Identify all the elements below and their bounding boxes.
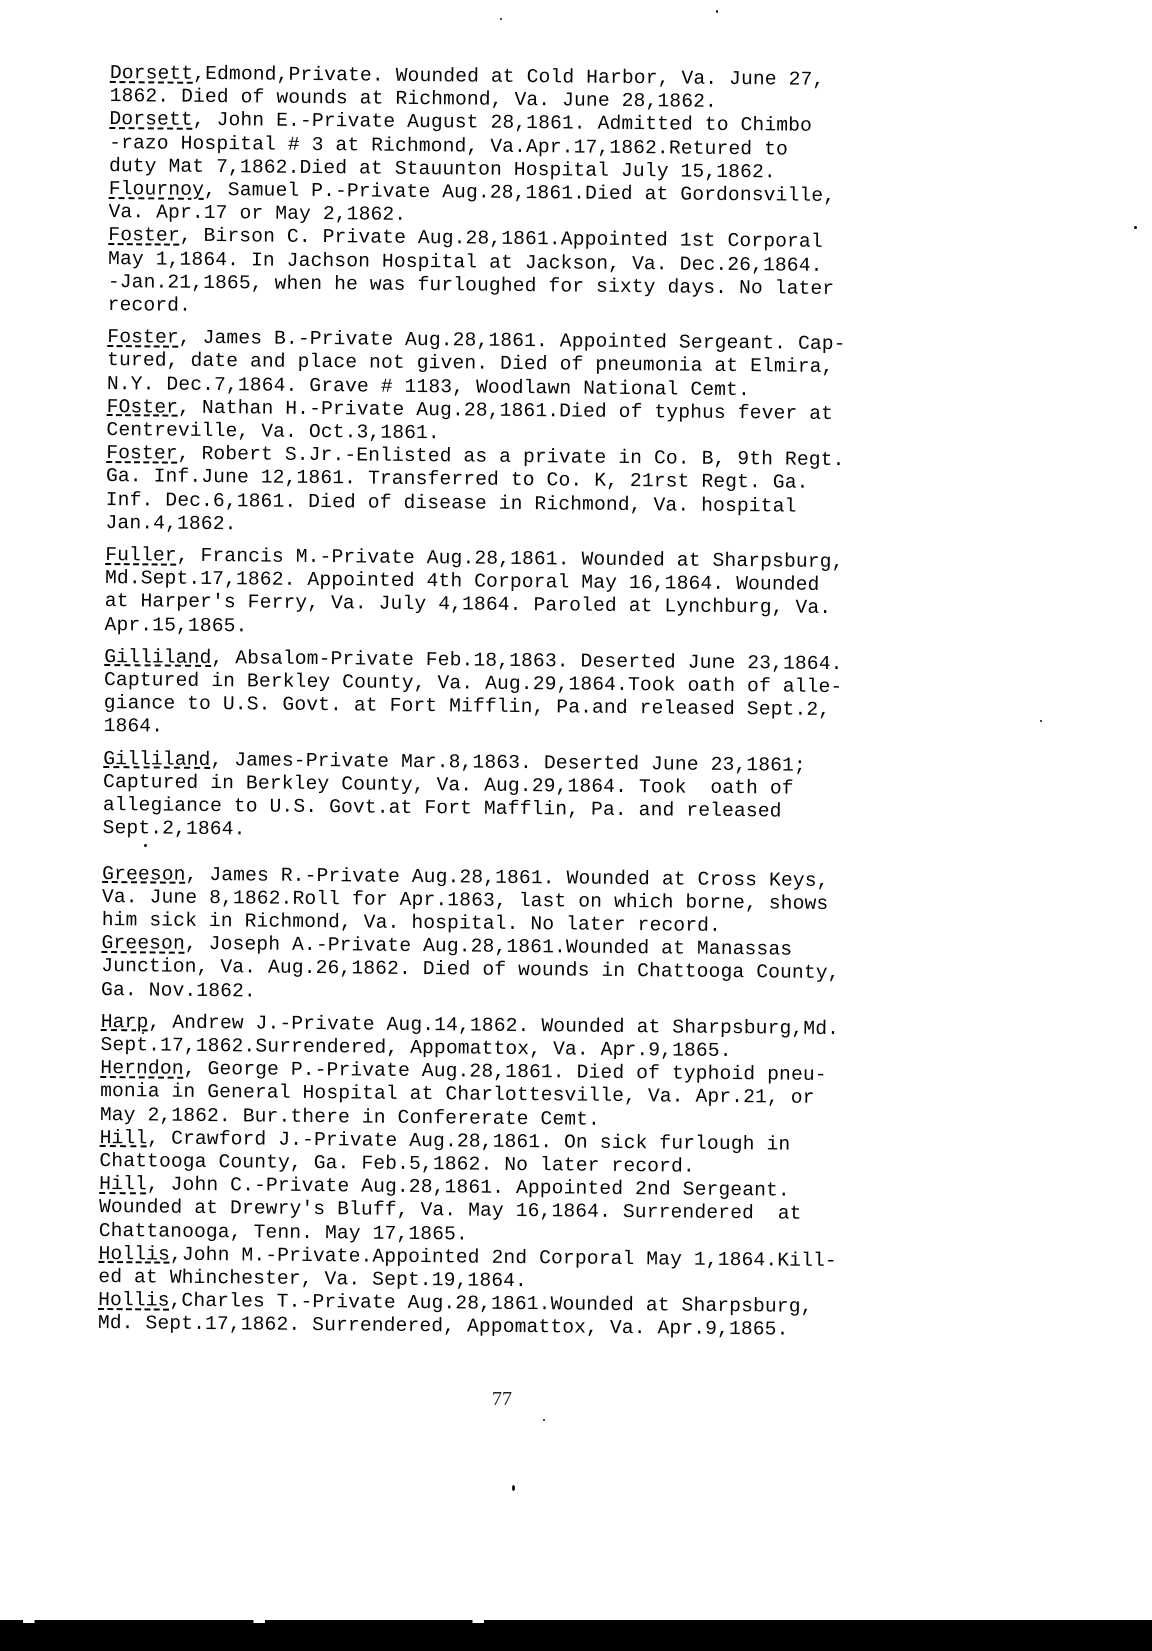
entry-surname: Foster <box>106 442 178 465</box>
scan-speck <box>1040 720 1042 722</box>
entry-surname: Dorsett <box>109 108 193 131</box>
entry-surname: Hill <box>100 1127 148 1149</box>
entry-surname: Flournoy <box>109 178 204 201</box>
scan-speck <box>1134 226 1137 229</box>
entry-surname: Foster <box>108 224 180 247</box>
roster-entry: Foster, Birson C. Private Aug.28,1861.Ap… <box>108 224 1029 326</box>
entry-surname: Gilliland <box>104 646 211 669</box>
entry-surname: Hill <box>99 1173 147 1195</box>
scan-border <box>0 1623 1152 1651</box>
roster-entry: Foster, James B.-Private Aug.28,1861. Ap… <box>107 326 1028 404</box>
page-number: 77 <box>492 1388 512 1411</box>
scanned-page: Dorsett,Edmond,Private. Wounded at Cold … <box>0 0 1152 1651</box>
scan-speck <box>716 10 718 13</box>
roster-list: Dorsett,Edmond,Private. Wounded at Cold … <box>98 62 1030 1344</box>
entry-surname: Fuller <box>105 544 177 567</box>
entry-surname: Greeson <box>101 932 185 955</box>
roster-entry: Herndon, George P.-Private Aug.28,1861. … <box>100 1057 1021 1135</box>
roster-entry: Hill, John C.-Private Aug.28,1861. Appoi… <box>99 1173 1020 1251</box>
entry-surname: Herndon <box>100 1057 184 1080</box>
entry-surname: Harp <box>101 1011 149 1033</box>
roster-entry: Hollis,Charles T.-Private Aug.28,1861.Wo… <box>98 1289 1018 1344</box>
roster-entry: Greeson, Joseph A.-Private Aug.28,1861.W… <box>101 932 1022 1010</box>
roster-entry: Gilliland, James-Private Mar.8,1863. Des… <box>103 748 1024 850</box>
scan-speck <box>144 844 147 847</box>
entry-surname: Dorsett <box>110 62 194 85</box>
scan-speck <box>512 1485 515 1491</box>
scan-speck <box>500 18 502 20</box>
scan-speck <box>142 1032 144 1034</box>
roster-entry: Greeson, James R.-Private Aug.28,1861. W… <box>102 862 1023 940</box>
roster-entry: Gilliland, Absalom-Private Feb.18,1863. … <box>104 646 1025 748</box>
roster-entry: Fuller, Francis M.-Private Aug.28,1861. … <box>104 544 1025 646</box>
entry-surname: Gilliland <box>103 748 210 771</box>
entry-surname: Hollis <box>98 1289 170 1312</box>
entry-surname: Greeson <box>102 862 186 885</box>
scan-speck <box>543 1419 545 1421</box>
roster-entry: Dorsett, John E.-Private August 28,1861.… <box>109 108 1030 186</box>
entry-surname: Hollis <box>98 1243 170 1266</box>
entry-surname: FOster <box>107 396 179 419</box>
entry-surname: Foster <box>107 326 179 349</box>
roster-entry: Foster, Robert S.Jr.-Enlisted as a priva… <box>105 442 1026 544</box>
